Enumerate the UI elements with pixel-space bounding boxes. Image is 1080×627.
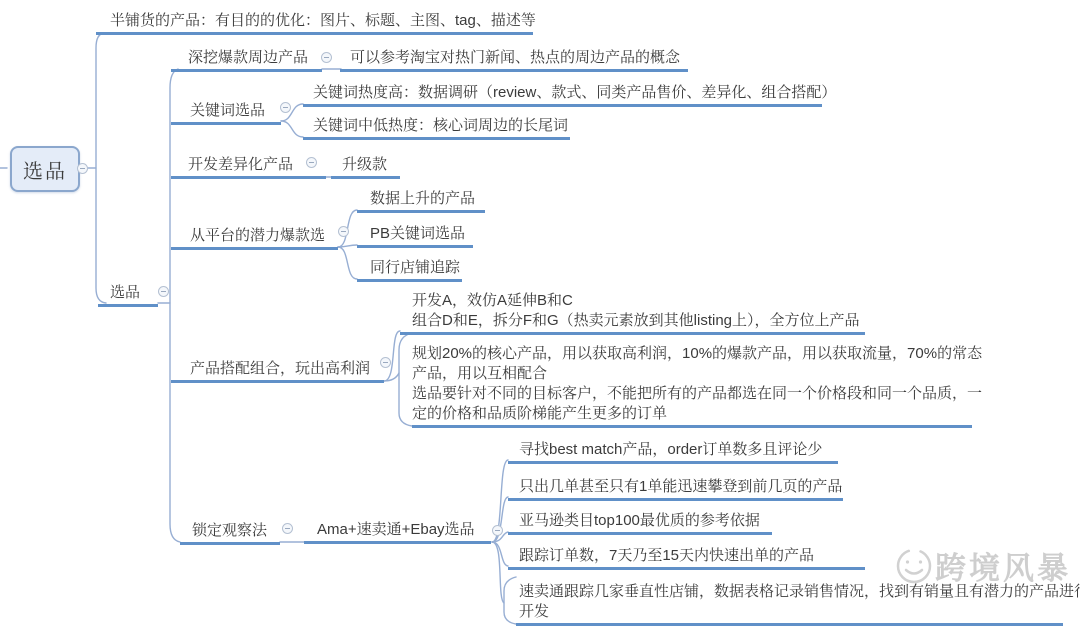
watermark-text: 跨境风暴	[935, 543, 1071, 588]
node-differentiate[interactable]: 开发差异化产品	[171, 155, 326, 179]
root-label: 选品	[23, 155, 67, 184]
mindmap-canvas: 选品 半铺货的产品：有目的的优化：图片、标题、主图、tag、描述等 选品 深挖爆…	[0, 0, 1080, 627]
node-kw-low[interactable]: 关键词中低热度：核心词周边的长尾词	[303, 116, 570, 140]
node-pb-keyword[interactable]: PB关键词选品	[357, 224, 473, 248]
node-ama-ebay[interactable]: Ama+速卖通+Ebay选品	[304, 520, 491, 544]
node-peer-track[interactable]: 同行店铺追踪	[357, 258, 462, 282]
node-best-match[interactable]: 寻找best match产品，order订单数多且评论少	[508, 440, 838, 464]
node-amazon-top100[interactable]: 亚马逊类目top100最优质的参考依据	[508, 511, 772, 535]
node-develop-abc[interactable]: 开发A，效仿A延伸B和C 组合D和E，拆分F和G（热卖元素放到其他listing…	[400, 291, 865, 335]
collapse-icon-deep-dig[interactable]	[321, 52, 332, 63]
node-combo-profit[interactable]: 产品搭配组合，玩出高利润	[171, 359, 384, 383]
node-ratio-plan[interactable]: 规划20%的核心产品，用以获取高利润，10%的爆款产品，用以获取流量，70%的常…	[412, 344, 972, 428]
node-rising[interactable]: 数据上升的产品	[357, 189, 485, 213]
node-deep-dig[interactable]: 深挖爆款周边产品	[171, 48, 322, 72]
collapse-icon-combo[interactable]	[380, 357, 391, 368]
smiley-face-icon	[893, 545, 935, 587]
collapse-icon-platform[interactable]	[338, 226, 349, 237]
node-root[interactable]: 选品	[10, 146, 80, 192]
collapse-icon-xuanpin[interactable]	[158, 286, 169, 297]
node-few-orders[interactable]: 只出几单甚至只有1单能迅速攀登到前几页的产品	[508, 477, 843, 501]
collapse-icon-keyword[interactable]	[280, 102, 291, 113]
collapse-icon-ama-ebay[interactable]	[492, 525, 503, 536]
collapse-icon-root[interactable]	[77, 163, 88, 174]
node-keyword[interactable]: 关键词选品	[171, 101, 281, 125]
node-track-orders[interactable]: 跟踪订单数，7天乃至15天内快速出单的产品	[508, 546, 865, 570]
collapse-icon-observe[interactable]	[282, 523, 293, 534]
watermark: 跨境风暴	[893, 543, 1071, 588]
node-upgrade[interactable]: 升级款	[331, 155, 400, 179]
node-observe-lock[interactable]: 锁定观察法	[180, 521, 280, 545]
node-taobao-ref[interactable]: 可以参考淘宝对热门新闻、热点的周边产品的概念	[340, 48, 688, 72]
node-xuanpin[interactable]: 选品	[98, 283, 158, 307]
node-half-stock[interactable]: 半铺货的产品：有目的的优化：图片、标题、主图、tag、描述等	[96, 11, 533, 35]
node-aliexpress-track[interactable]: 速卖通跟踪几家垂直性店铺，数据表格记录销售情况，找到有销量且有潜力的产品进行 开…	[516, 582, 1063, 626]
node-kw-high[interactable]: 关键词热度高：数据调研（review、款式、同类产品售价、差异化、组合搭配）	[303, 83, 822, 107]
collapse-icon-differentiate[interactable]	[306, 157, 317, 168]
node-platform-potential[interactable]: 从平台的潜力爆款选	[171, 226, 338, 250]
